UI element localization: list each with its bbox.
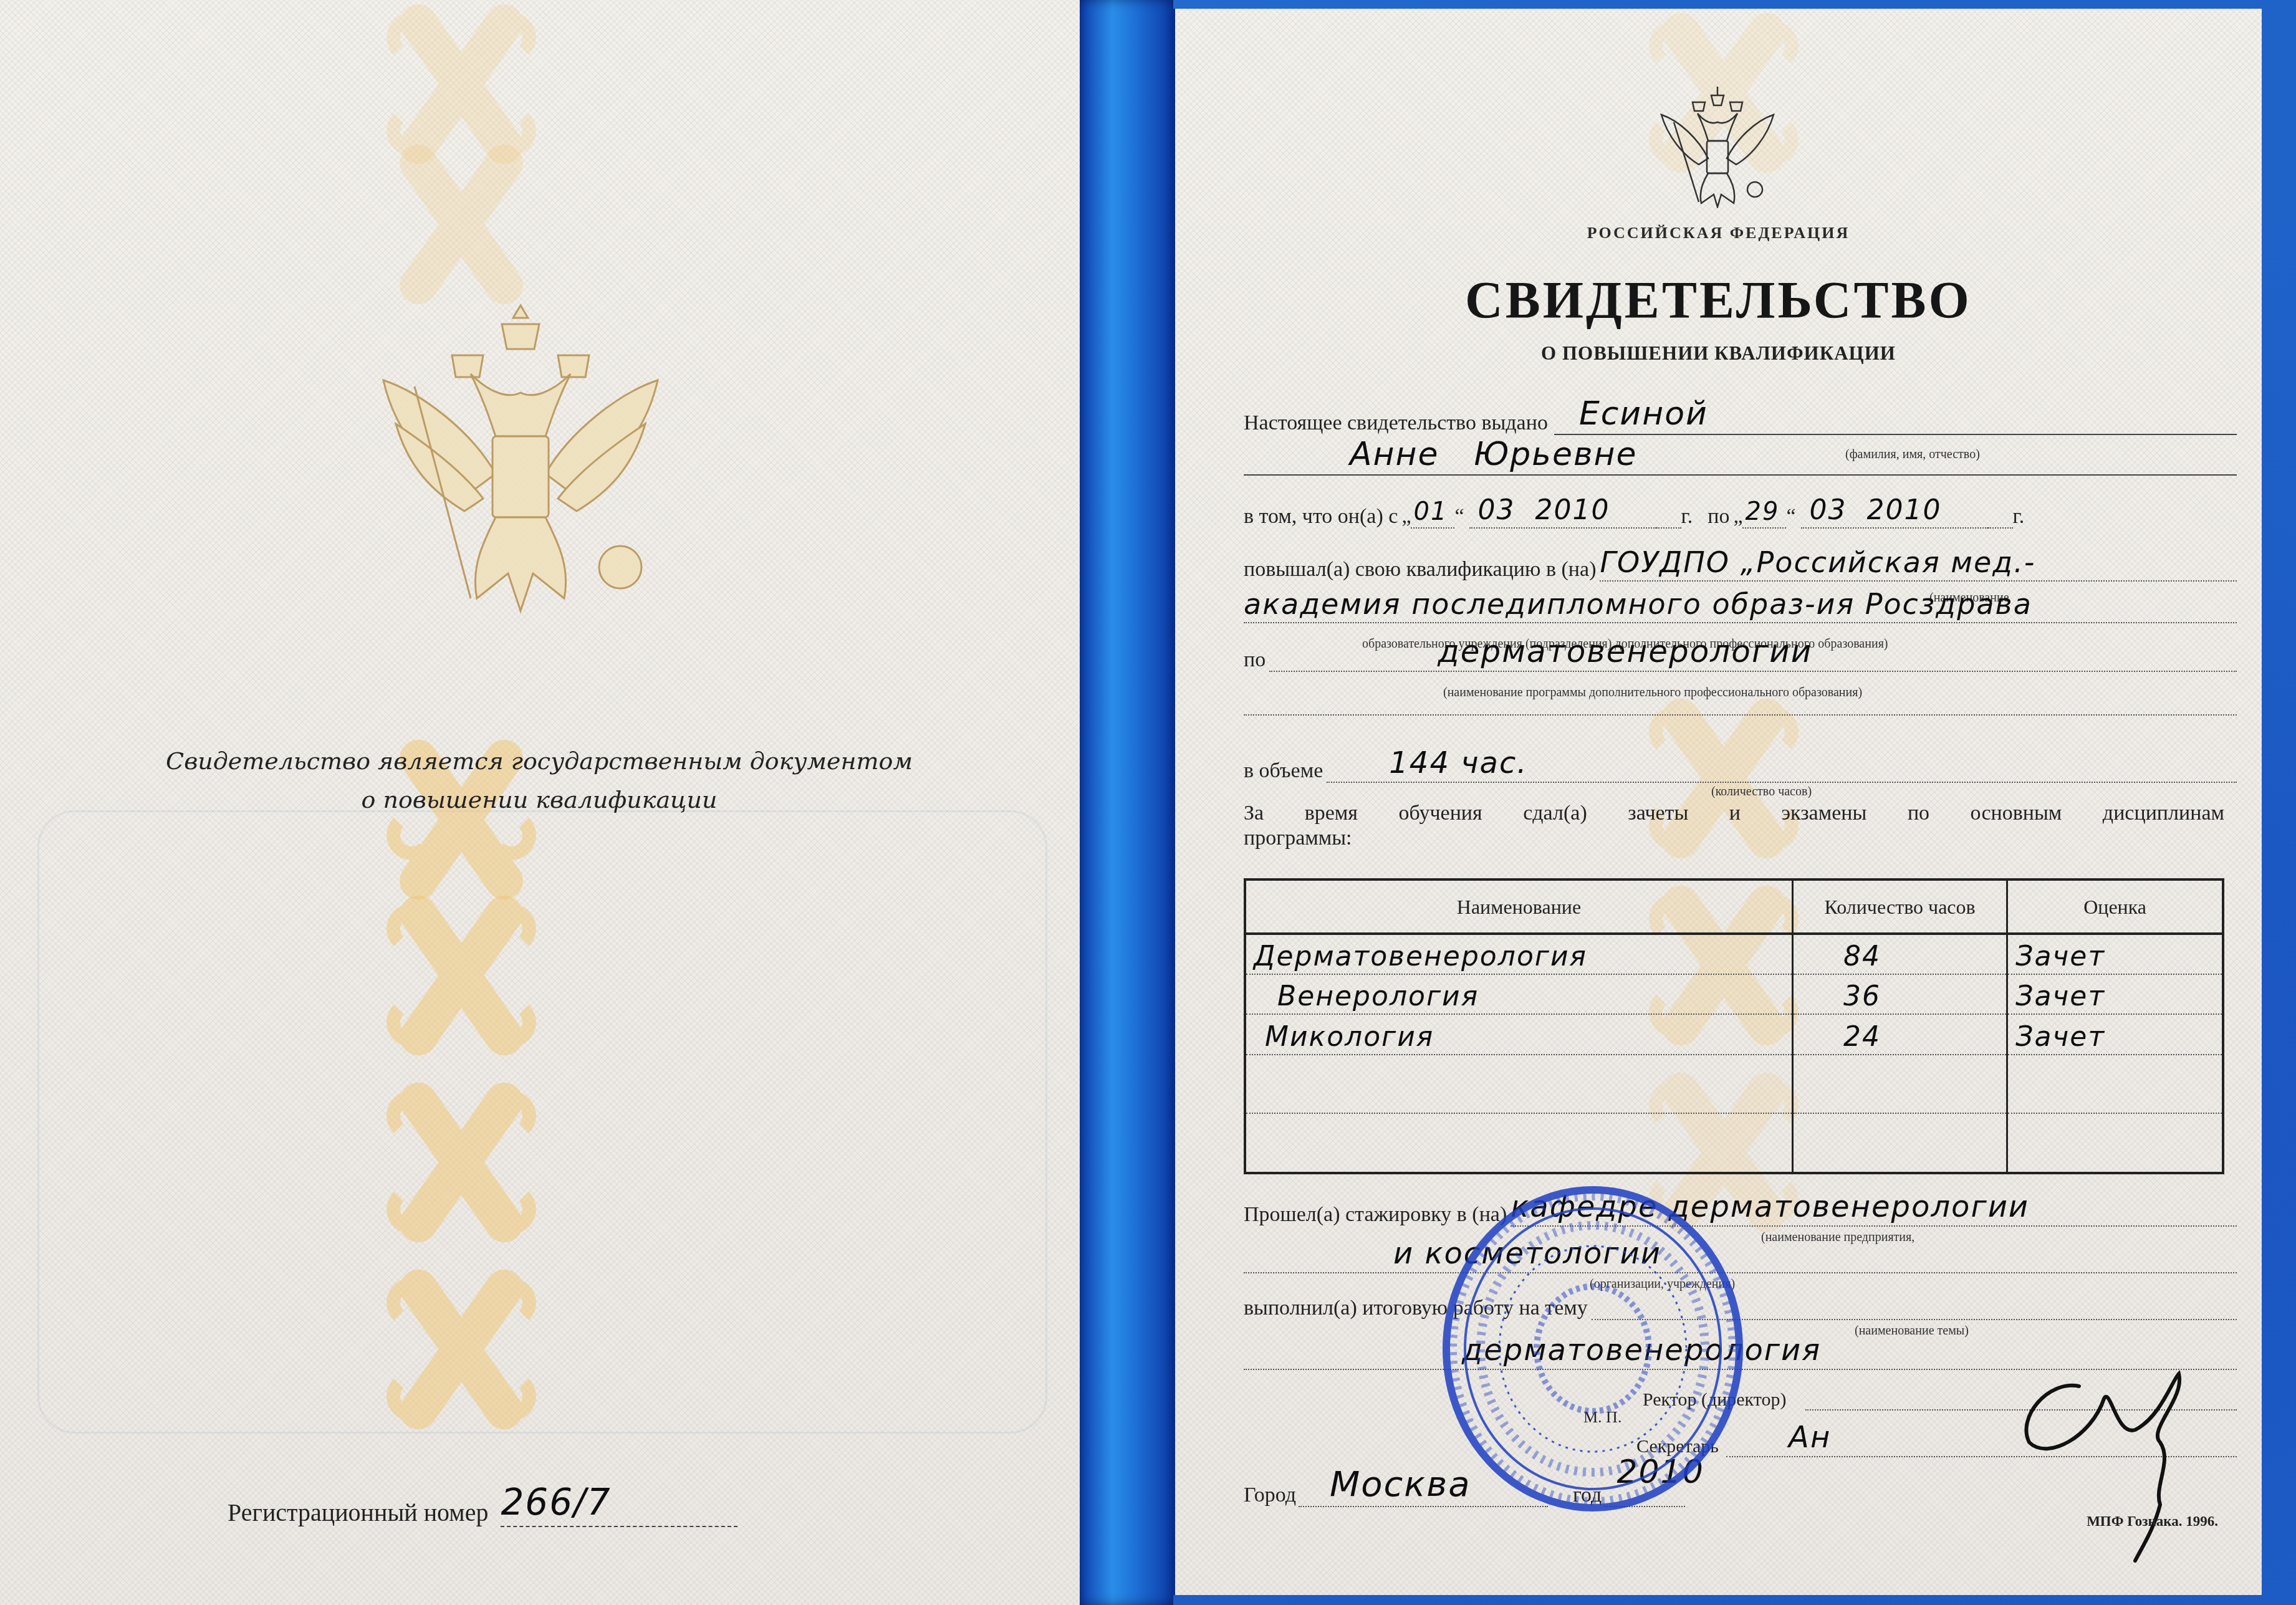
internship-line-2: и косметологии — [1393, 1236, 1661, 1271]
institution-row: повышал(а) свою квалификацию в (на) ГОУД… — [1244, 554, 2237, 582]
institution-field-2[interactable]: академия последипломного образ-ия Росздр… — [1244, 596, 2237, 623]
final-work-value: дерматовенерология — [1462, 1333, 1821, 1368]
left-page: Свидетельство является государственным д… — [0, 0, 1080, 1605]
to-day-field[interactable]: 29 — [1742, 501, 1786, 529]
year-label: год — [1573, 1483, 1602, 1507]
watermark-frame — [37, 810, 1047, 1434]
city-field[interactable]: Москва — [1299, 1480, 1548, 1507]
rector-signature-field[interactable] — [1805, 1383, 2237, 1411]
secretary-row: Секретарь Ан — [1636, 1430, 2237, 1457]
registration-number-label: Регистрационный номер — [228, 1498, 488, 1527]
volume-field[interactable]: 144 час. — [1327, 755, 2237, 783]
volume-label: в объеме — [1244, 759, 1323, 783]
surname-field[interactable]: Есиной — [1554, 408, 2237, 435]
registration-number-value: 266/7 — [501, 1481, 611, 1523]
issued-to-label: Настоящее свидетельство выдано — [1244, 411, 1548, 435]
city-label: Город — [1244, 1483, 1296, 1507]
final-work-row: выполнил(а) итоговую работу на тему — [1244, 1293, 2237, 1320]
institution-line-1: ГОУДПО „Российская мед.- — [1600, 545, 2035, 579]
watermark-ornament-icon — [387, 1265, 536, 1434]
watermark-ornament-column — [387, 767, 536, 1434]
left-caption: Свидетельство является государственным д… — [94, 742, 985, 819]
exams-text-line-1: За время обучения сдал(а) зачеты и экзам… — [1244, 802, 2224, 825]
discipline-grade: Зачет — [2015, 980, 2105, 1012]
name-patronymic-value: Анне Юрьевне — [1350, 436, 1638, 473]
internship-label: Прошел(а) стажировку в (на) — [1244, 1203, 1507, 1227]
program-label: по — [1244, 648, 1266, 672]
institution-row-2: академия последипломного образ-ия Росздр… — [1244, 596, 2237, 623]
final-work-row-2: дерматовенерология — [1244, 1343, 2237, 1370]
table-row: Микология 24 Зачет — [1246, 1014, 2222, 1055]
table-row — [1246, 1113, 2222, 1172]
program-field-2[interactable] — [1244, 688, 2237, 716]
to-label: по — [1708, 505, 1729, 529]
header-grade: Оценка — [2007, 881, 2222, 934]
discipline-name: Дерматовенерология — [1254, 941, 1587, 972]
from-date-value: 03 2010 — [1478, 494, 1610, 526]
watermark-ornament-icon — [387, 1078, 536, 1247]
caption-line-2: о повышении квалификации — [94, 780, 985, 819]
internship-line-1: кафедре дерматовенерологии — [1511, 1189, 2029, 1224]
from-date-field[interactable]: 03 2010 — [1469, 501, 1656, 529]
document-title: СВИДЕТЕЛЬСТВО — [1175, 271, 2262, 331]
period-row: в том, что он(а) с „ 01 “ 03 2010 г. по … — [1244, 501, 2237, 529]
year-field[interactable]: 2010 — [1604, 1480, 1685, 1507]
institution-line-2: академия последипломного образ-ия Росздр… — [1244, 587, 2032, 621]
rector-row: Ректор (директор) — [1643, 1383, 2237, 1411]
rector-label: Ректор (директор) — [1643, 1389, 1787, 1411]
header-name: Наименование — [1246, 881, 1792, 934]
discipline-hours: 84 — [1843, 941, 1881, 972]
discipline-grade: Зачет — [2015, 941, 2105, 972]
discipline-grade: Зачет — [2015, 1021, 2105, 1053]
print-note: МПФ Гознака. 1996. — [2087, 1513, 2218, 1530]
program-field[interactable]: дерматовенерологии — [1269, 644, 2237, 672]
discipline-hours: 24 — [1843, 1021, 1881, 1053]
to-date-value: 03 2010 — [1810, 494, 1942, 526]
internship-row: Прошел(а) стажировку в (на) кафедре дерм… — [1244, 1199, 2237, 1227]
program-row: по дерматовенерологии — [1244, 644, 2237, 672]
name-row: Анне Юрьевне — [1244, 448, 2237, 476]
surname-value: Есиной — [1579, 395, 1708, 433]
exams-text-line-2: программы: — [1244, 826, 1352, 850]
table-row: Дерматовенерология 84 Зачет — [1246, 934, 2222, 974]
right-page: РОССИЙСКАЯ ФЕДЕРАЦИЯ СВИДЕТЕЛЬСТВО О ПОВ… — [1173, 9, 2262, 1595]
year-suffix: г. — [2013, 505, 2025, 529]
from-day-field[interactable]: 01 — [1411, 501, 1454, 529]
table-row — [1246, 1055, 2222, 1113]
program-value: дерматовенерологии — [1438, 633, 1812, 669]
watermark-ornament-icon — [387, 187, 536, 262]
final-work-label: выполнил(а) итоговую работу на тему — [1244, 1296, 1588, 1320]
stamp-place-label: М. П. — [1583, 1408, 1621, 1427]
document-subtitle: О ПОВЫШЕНИИ КВАЛИФИКАЦИИ — [1175, 342, 2262, 365]
volume-row: в объеме 144 час. — [1244, 755, 2237, 783]
from-day-value: 01 — [1413, 497, 1448, 526]
table-row: Венерология 36 Зачет — [1246, 974, 2222, 1015]
to-day-value: 29 — [1745, 497, 1779, 526]
caption-line-1: Свидетельство является государственным д… — [94, 742, 985, 780]
discipline-name: Микология — [1265, 1021, 1434, 1053]
name-patronymic-field[interactable]: Анне Юрьевне — [1244, 448, 2237, 476]
header-hours: Количество часов — [1792, 881, 2007, 934]
internship-field-2[interactable]: и косметологии — [1244, 1246, 2237, 1273]
volume-hint: (количество часов) — [1711, 785, 1812, 799]
internship-hint-2: (организации, учреждения) — [1590, 1277, 1735, 1291]
registration-number-row: Регистрационный номер 266/7 — [228, 1496, 737, 1527]
discipline-hours: 36 — [1843, 980, 1881, 1012]
period-prefix: в том, что он(а) с — [1244, 505, 1398, 529]
watermark-ornament-icon — [387, 0, 536, 168]
internship-hint-1: (наименование предприятия, — [1761, 1230, 1914, 1245]
year-value: 2010 — [1616, 1454, 1704, 1491]
final-work-field-2[interactable]: дерматовенерология — [1244, 1343, 2237, 1370]
watermark-ornament-column — [387, 0, 536, 262]
internship-field-1[interactable]: кафедре дерматовенерологии — [1511, 1199, 2237, 1227]
disciplines-table: Наименование Количество часов Оценка Дер… — [1244, 878, 2224, 1174]
cover-spine — [1080, 0, 1173, 1605]
volume-value: 144 час. — [1389, 745, 1527, 780]
issued-to-row: Настоящее свидетельство выдано Есиной — [1244, 408, 2237, 435]
final-work-field-1[interactable] — [1592, 1293, 2237, 1320]
year-suffix: г. — [1681, 505, 1693, 529]
program-row-2 — [1244, 688, 2237, 716]
secretary-signature: Ан — [1789, 1420, 1831, 1455]
internship-row-2: и косметологии — [1244, 1246, 2237, 1273]
secretary-signature-field[interactable]: Ан — [1726, 1430, 2237, 1457]
to-date-field[interactable]: 03 2010 — [1801, 501, 1988, 529]
country-label: РОССИЙСКАЯ ФЕДЕРАЦИЯ — [1175, 224, 2262, 242]
coat-of-arms-icon — [1649, 84, 1786, 208]
final-work-hint: (наименование темы) — [1855, 1324, 1969, 1338]
registration-number-field[interactable]: 266/7 — [501, 1496, 737, 1527]
embossed-eagle-icon — [346, 287, 695, 623]
watermark-ornament-icon — [387, 891, 536, 1060]
city-year-row: Город Москва год 2010 — [1244, 1480, 1685, 1507]
institution-field-1[interactable]: ГОУДПО „Российская мед.- — [1600, 554, 2237, 582]
institution-label: повышал(а) свою квалификацию в (на) — [1244, 558, 1596, 582]
discipline-name: Венерология — [1277, 980, 1479, 1012]
city-value: Москва — [1330, 1464, 1471, 1505]
